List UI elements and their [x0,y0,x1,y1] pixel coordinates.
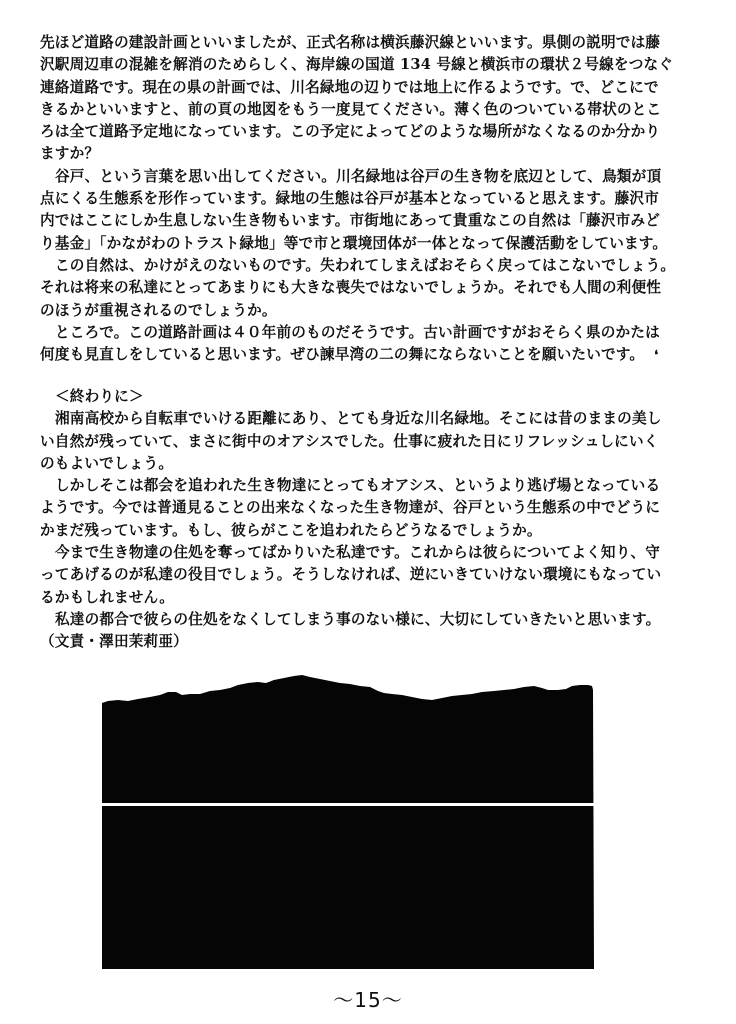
text-line: い自然が残っていて、まさに街中のオアシスでした。仕事に疲れた日にリフレッシュしに… [40,431,672,453]
body-text-section-1: 先ほど道路の建設計画といいましたが、正式名称は横浜藤沢線といいます。県側の説明で… [40,32,672,366]
text-line: ってあげるのが私達の役目でしょう。そうしなければ、逆にいきていけない環境にもなっ… [40,564,672,586]
body-text-section-2: ＜終わりに＞ 湘南高校から自転車でいける距離にあり、とても身近な川名緑地。そこに… [40,386,672,654]
text-line: ますか？ [40,143,672,165]
section-heading: ＜終わりに＞ [40,386,672,408]
text-line: 連絡道路です。現在の県の計画では、川名緑地の辺りでは地上に作るようです。で、どこ… [40,77,672,99]
paragraph: ところで。この道路計画は４０年前のものだそうです。古い計画ですがおそらく県のかた… [40,322,672,367]
paragraph: 今まで生き物達の住処を奪ってばかりいた私達です。これからは彼らについてよく知り、… [40,542,672,609]
text-line: 先ほど道路の建設計画といいましたが、正式名称は横浜藤沢線といいます。県側の説明で… [40,32,672,54]
text-line: ろは全て道路予定地になっています。この予定によってどのような場所がなくなるのか分… [40,121,672,143]
text-line: 内ではここにしか生息しない生き物もいます。市街地にあって貴重なこの自然は「藤沢市… [40,210,672,232]
paragraph: 谷戸、という言葉を思い出してください。川名緑地は谷戸の生き物を底辺として、鳥類が… [40,166,672,255]
paragraph: 先ほど道路の建設計画といいましたが、正式名称は横浜藤沢線といいます。県側の説明で… [40,32,672,166]
text-line-content: 何度も見直しをしていると思います。ぜひ諫早湾の二の舞にならないことを願いたいです… [40,346,644,363]
stray-mark: ❛ [654,344,658,366]
text-line: かまだ残っています。もし、彼らがここを追われたらどうなるでしょうか。 [40,520,672,542]
paragraph: 私達の都合で彼らの住処をなくしてしまう事のない様に、大切にしていきたいと思います… [40,609,672,631]
text-line: のほうが重視されるのでしょうか。 [40,300,672,322]
text-line: ようです。今では普通見ることの出来なくなった生き物達が、谷戸という生態系の中でど… [40,497,672,519]
text-line: るかもしれません。 [40,587,672,609]
page-number: ～15～ [0,984,736,1013]
text-line: ところで。この道路計画は４０年前のものだそうです。古い計画ですがおそらく県のかた… [40,322,672,344]
text-line: のもよいでしょう。 [40,453,672,475]
text-line: きるかといいますと、前の頁の地図をもう一度見てください。薄く色のついている帯状の… [40,99,672,121]
document-page: 先ほど道路の建設計画といいましたが、正式名称は横浜藤沢線といいます。県側の説明で… [0,0,736,1024]
paragraph: 湘南高校から自転車でいける距離にあり、とても身近な川名緑地。そこには昔のままの美… [40,408,672,475]
text-line: 湘南高校から自転車でいける距離にあり、とても身近な川名緑地。そこには昔のままの美… [40,408,672,430]
text-line: それは将来の私達にとってあまりにも大きな喪失ではないでしょうか。それでも人間の利… [40,277,672,299]
text-line: 点にくる生態系を形作っています。緑地の生態は谷戸が基本となっていると思えます。藤… [40,188,672,210]
text-line: 私達の都合で彼らの住処をなくしてしまう事のない様に、大切にしていきたいと思います… [40,609,672,631]
photo-silhouette-image [102,674,612,969]
text-line: しかしそこは都会を追われた生き物達にとってもオアシス、というより逃げ場となってい… [40,475,672,497]
photo-divider-line [102,803,594,806]
text-line: 沢駅周辺車の混雑を解消のためらしく、海岸線の国道 134 号線と横浜市の環状２号… [40,54,672,76]
text-line: 今まで生き物達の住処を奪ってばかりいた私達です。これからは彼らについてよく知り、… [40,542,672,564]
text-line: この自然は、かけがえのないものです。失われてしまえばおそらく戻ってはこないでしょ… [40,255,672,277]
text-line: 何度も見直しをしていると思います。ぜひ諫早湾の二の舞にならないことを願いたいです… [40,344,672,366]
landscape-photo [102,674,612,969]
text-line: り基金」「かながわのトラスト緑地」等で市と環境団体が一体となって保護活動をしてい… [40,233,672,255]
text-line: 谷戸、という言葉を思い出してください。川名緑地は谷戸の生き物を底辺として、鳥類が… [40,166,672,188]
paragraph: この自然は、かけがえのないものです。失われてしまえばおそらく戻ってはこないでしょ… [40,255,672,322]
paragraph: しかしそこは都会を追われた生き物達にとってもオアシス、というより逃げ場となってい… [40,475,672,542]
author-byline: （文責・澤田茉莉亜） [40,631,672,653]
